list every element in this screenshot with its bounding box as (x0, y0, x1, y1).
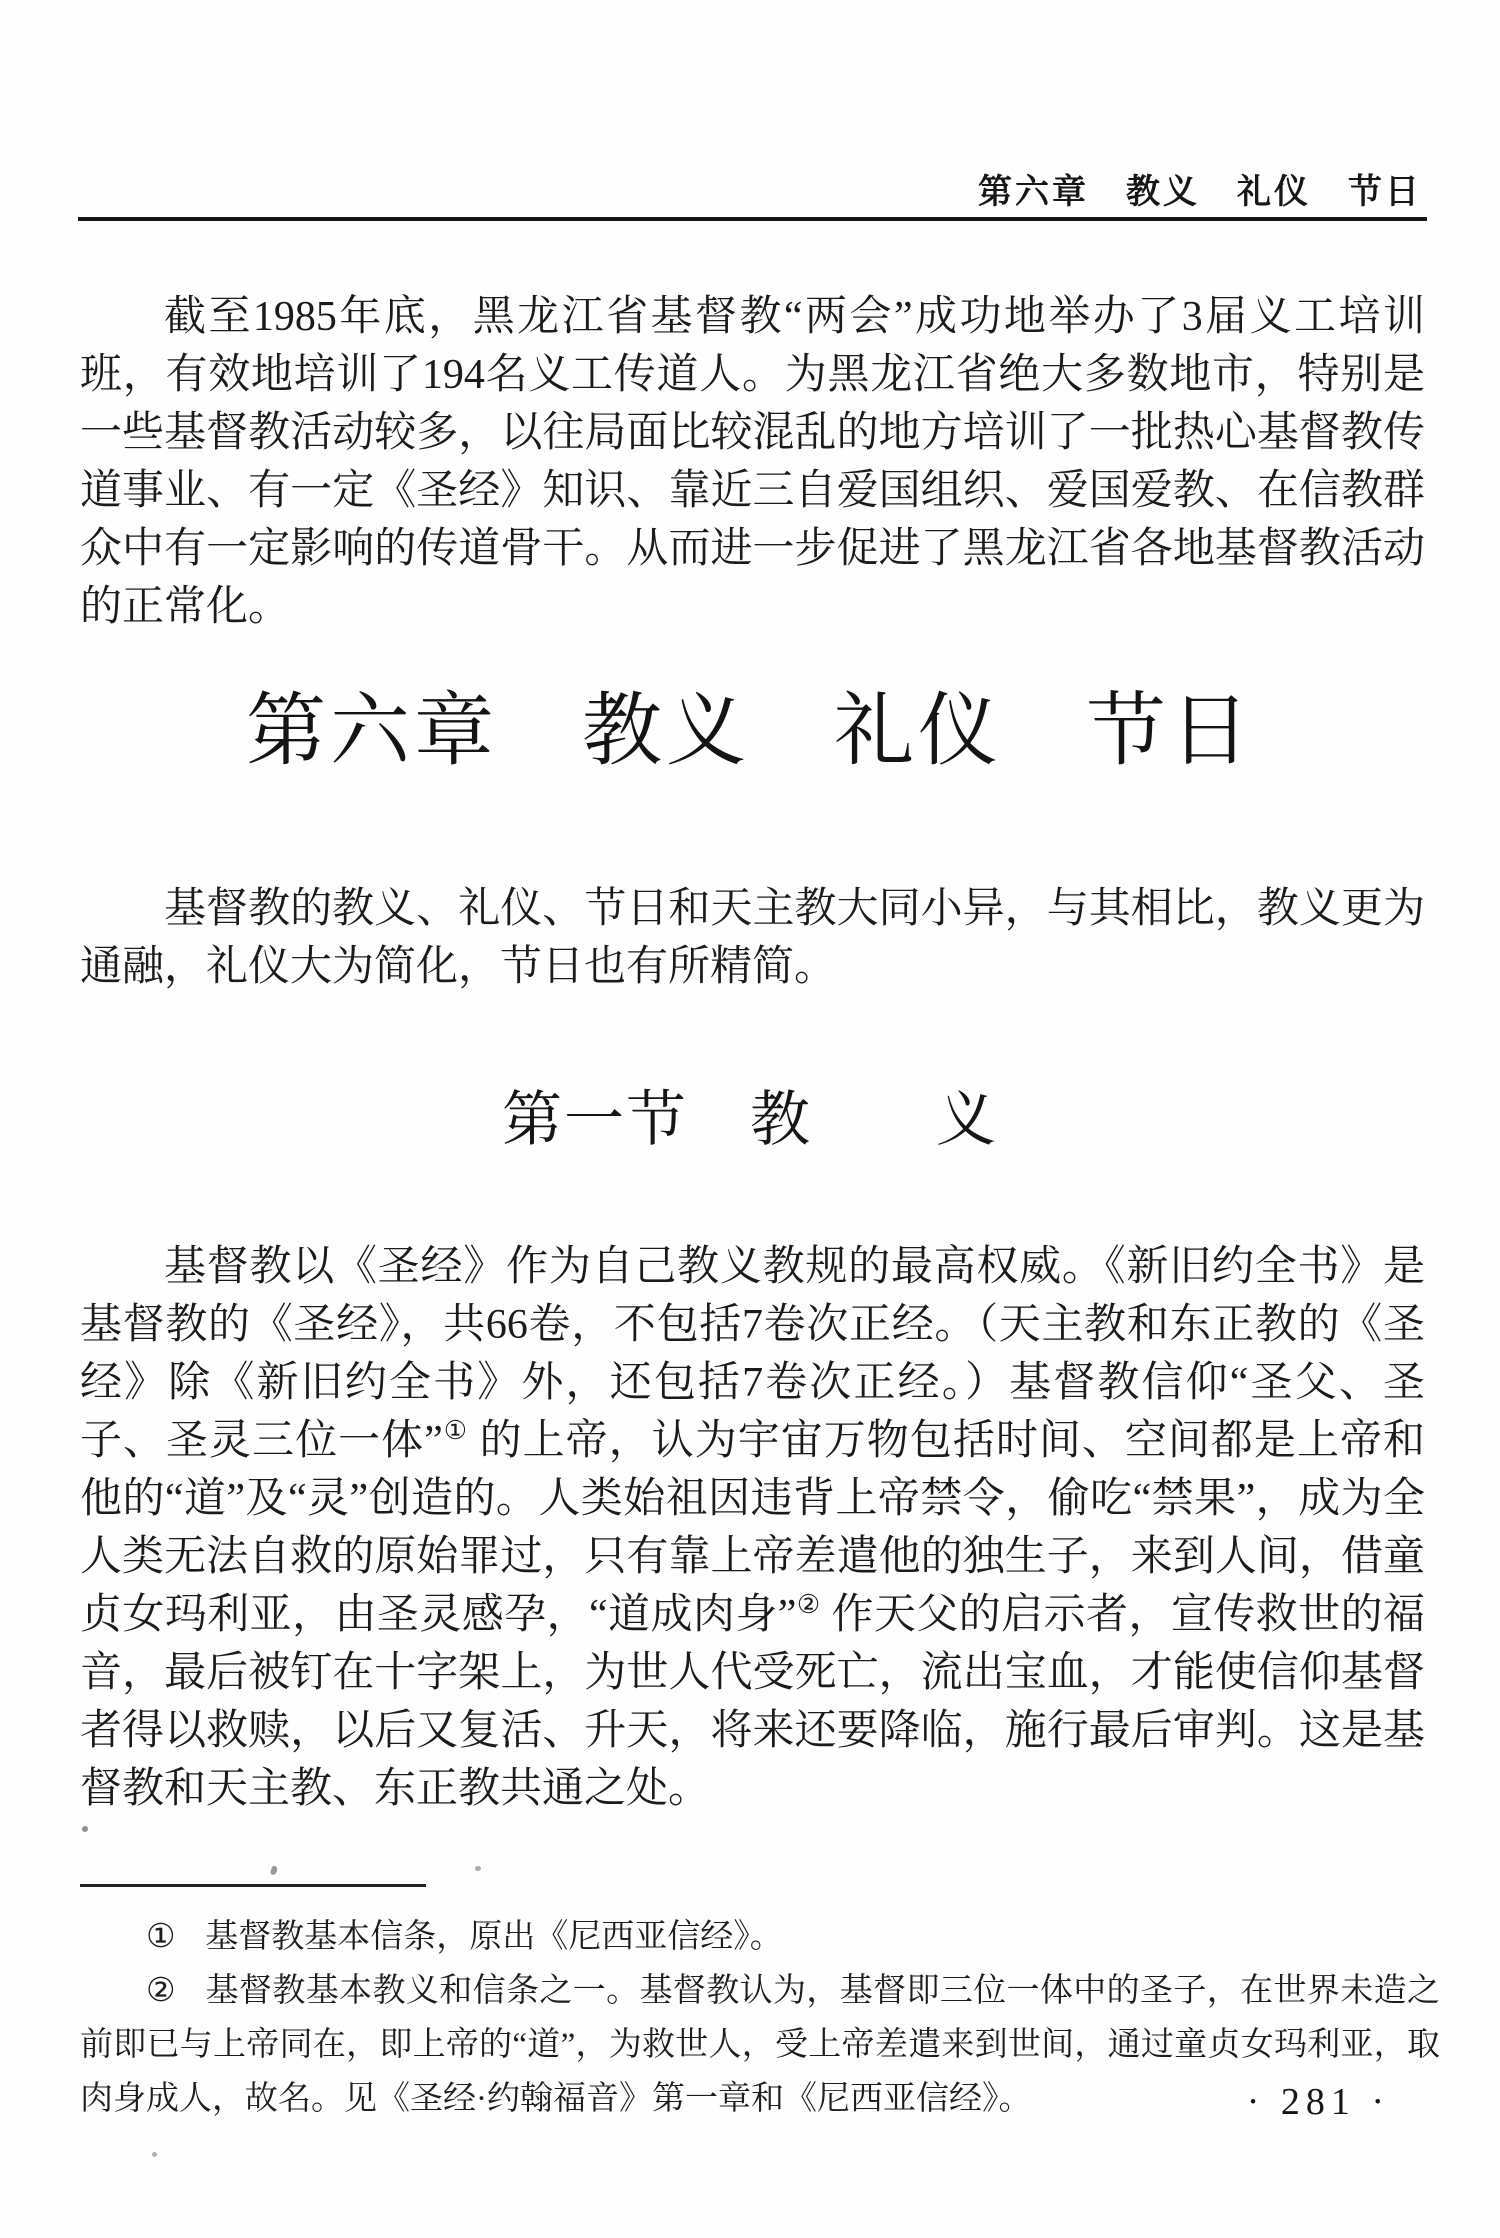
scan-speck (82, 1826, 88, 1832)
scanned-book-page: 第六章 教义 礼仪 节日 截至1985年底，黑龙江省基督教“两会”成功地举办了3… (0, 0, 1500, 2238)
scan-speck (270, 1865, 278, 1875)
scan-speck (475, 1866, 481, 1871)
footnote-separator-rule (80, 1884, 426, 1887)
header-rule (78, 217, 1427, 221)
running-head: 第六章 教义 礼仪 节日 (80, 164, 1422, 213)
footnote-block: ①基督教基本信条，原出《尼西亚信经》。 ②基督教基本教义和信条之一。基督教认为，… (80, 1910, 1440, 2126)
footnote-1-marker: ① (146, 1919, 176, 1955)
footnote-2-marker: ② (146, 1973, 176, 2009)
page-number: · 281 · (1247, 2080, 1390, 2124)
footnote-1: ①基督教基本信条，原出《尼西亚信经》。 (80, 1910, 1440, 1964)
footnote-2-text: 基督教基本教义和信条之一。基督教认为，基督即三位一体中的圣子，在世界未造之前即已… (80, 1973, 1440, 2117)
intro-paragraph: 截至1985年底，黑龙江省基督教“两会”成功地举办了3届义工培训班，有效地培训了… (80, 288, 1425, 636)
footnote-2: ②基督教基本教义和信条之一。基督教认为，基督即三位一体中的圣子，在世界未造之前即… (80, 1964, 1440, 2126)
footnote-1-text: 基督教基本信条，原出《尼西亚信经》。 (205, 1919, 783, 1955)
chapter-intro-paragraph: 基督教的教义、礼仪、节日和天主教大同小异，与其相比，教义更为通融，礼仪大为简化，… (80, 880, 1425, 996)
section-title: 第一节 教 义 (0, 1072, 1500, 1158)
scan-speck (152, 2152, 157, 2157)
chapter-title: 第六章 教义 礼仪 节日 (0, 666, 1500, 781)
section-body-paragraph: 基督教以《圣经》作为自己教义教规的最高权威。《新旧约全书》是基督教的《圣经》，共… (80, 1238, 1425, 1818)
